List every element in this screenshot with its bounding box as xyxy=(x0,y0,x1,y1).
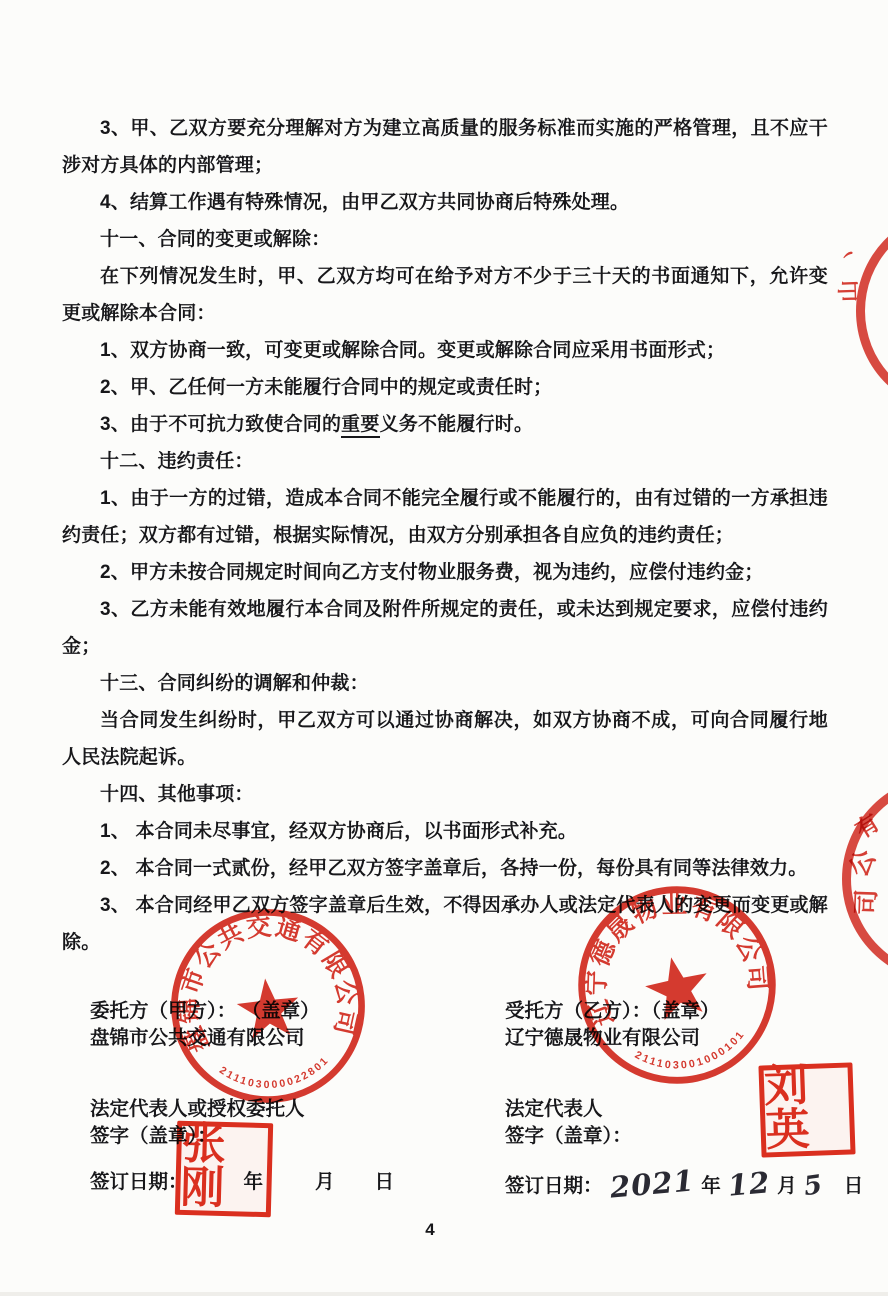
party-b-name-seal-number: 211103001000105 xyxy=(779,1155,838,1157)
party-a-name-seal-number: 211103000022804 xyxy=(193,1214,252,1216)
scan-edge-shadow xyxy=(0,1292,888,1296)
party-b-year-char: 年 xyxy=(701,1175,721,1197)
clause-11-3-underlined: 重要 xyxy=(341,414,379,438)
party-a-date-label: 签订日期： xyxy=(90,1171,188,1193)
party-b-handwritten-year: 2021 xyxy=(609,1167,696,1201)
section-13-heading: 十三、合同纠纷的调解和仲裁： xyxy=(62,665,828,702)
edge-seal-top-glyph-icon: 丶 xyxy=(839,244,862,267)
party-a-day-char: 日 xyxy=(375,1171,395,1193)
party-a-seal-company-text: 盘锦市公共交通有限公司 xyxy=(165,904,365,1058)
clause-12-3: 3、乙方未能有效地履行本合同及附件所规定的责任，或未达到规定要求，应偿付违约金； xyxy=(62,591,828,665)
clause-11-3: 3、由于不可抗力致使合同的重要义务不能履行时。 xyxy=(62,406,828,443)
party-a-company-seal-icon: 盘锦市公共交通有限公司 211103000022801 xyxy=(153,891,384,1122)
party-b-handwritten-month: 12 xyxy=(727,1169,772,1200)
clause-11-intro: 在下列情况发生时，甲、乙双方均可在给予对方不少于三十天的书面通知下，允许变更或解… xyxy=(62,258,828,332)
party-b-date-line: 签订日期：2021年12月5日 xyxy=(505,1169,863,1200)
clause-11-3-post: 义务不能履行时。 xyxy=(380,414,534,435)
party-a-name-seal-text: 张刚 xyxy=(180,1122,268,1212)
clause-14-1: 1、 本合同未尽事宜，经双方协商后，以书面形式补充。 xyxy=(62,813,828,850)
clause-10-3: 3、甲、乙双方要充分理解对方为建立高质量的服务标准而实施的严格管理，且不应干涉对… xyxy=(62,110,828,184)
party-b-day-char: 日 xyxy=(844,1175,864,1197)
clause-11-2: 2、甲、乙任何一方未能履行合同中的规定或责任时； xyxy=(62,369,828,406)
edge-seal-top-glyph-icon: 山 xyxy=(838,280,861,303)
svg-text:盘锦市公共交通有限公司: 盘锦市公共交通有限公司 xyxy=(165,904,365,1058)
party-b-handwritten-day: 5 xyxy=(802,1172,825,1201)
clause-11-1: 1、双方协商一致，可变更或解除合同。变更或解除合同应采用书面形式； xyxy=(62,332,828,369)
edge-seal-mid-glyph-icon: 司 xyxy=(853,889,880,916)
clause-13-1: 当合同发生纠纷时，甲乙双方可以通过协商解决，如双方协商不成，可向合同履行地人民法… xyxy=(62,702,828,776)
clause-12-1: 1、由于一方的过错，造成本合同不能完全履行或不能履行的，由有过错的一方承担违约责… xyxy=(62,480,828,554)
edge-seal-top-ring-icon xyxy=(856,212,888,410)
clause-10-4: 4、结算工作遇有特殊情况，由甲乙双方共同协商后特殊处理。 xyxy=(62,184,828,221)
party-b-seal-star-icon xyxy=(640,951,714,1023)
section-14-heading: 十四、其他事项： xyxy=(62,776,828,813)
clause-12-2: 2、甲方未按合同规定时间向乙方支付物业服务费，视为违约，应偿付违约金； xyxy=(62,554,828,591)
party-a-name-seal-icon: 张刚 211103000022804 xyxy=(175,1121,273,1217)
section-11-heading: 十一、合同的变更或解除： xyxy=(62,221,828,258)
page-number: 4 xyxy=(0,1220,860,1240)
party-b-sign-label: 签字（盖章）： xyxy=(505,1123,632,1150)
clause-11-3-pre: 3、由于不可抗力致使合同的 xyxy=(100,414,341,435)
party-b-name-seal-text: 刘英 xyxy=(763,1063,850,1154)
party-a-month-char: 月 xyxy=(315,1171,335,1193)
party-b-date-label: 签订日期： xyxy=(505,1175,603,1197)
party-a-seal-star-icon xyxy=(234,975,301,1040)
section-12-heading: 十二、违约责任： xyxy=(62,443,828,480)
contract-page: 3、甲、乙双方要充分理解对方为建立高质量的服务标准而实施的严格管理，且不应干涉对… xyxy=(0,0,888,1296)
party-b-month-char: 月 xyxy=(777,1175,797,1197)
contract-body: 3、甲、乙双方要充分理解对方为建立高质量的服务标准而实施的严格管理，且不应干涉对… xyxy=(62,110,828,961)
party-b-name-seal-icon: 刘英 211103001000105 xyxy=(758,1062,855,1157)
